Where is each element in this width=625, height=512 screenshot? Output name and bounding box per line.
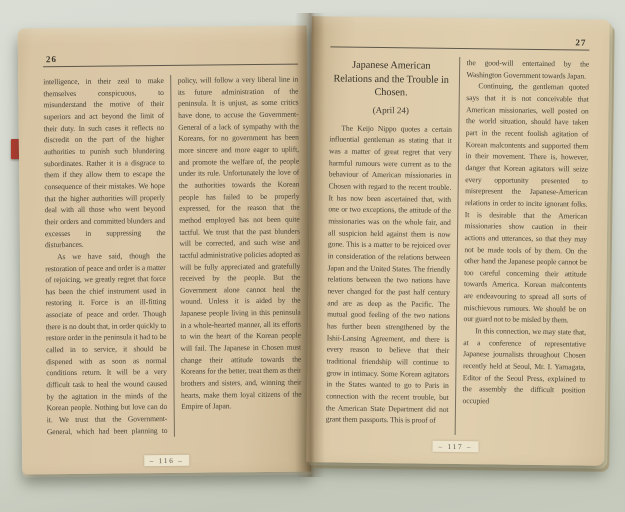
- right-page-columns: Japanese American Relations and the Trou…: [326, 55, 590, 436]
- article-date: (April 24): [330, 104, 453, 115]
- paragraph: As we have said, though the restoration …: [45, 250, 168, 438]
- text-column: Japanese American Relations and the Trou…: [326, 55, 459, 435]
- page-footer-label: – 116 –: [144, 455, 190, 466]
- paragraph: Continuing, the gentleman quoted says th…: [463, 80, 588, 326]
- column-paragraphs: The Keijo Nippo quotes a certain influen…: [326, 122, 452, 427]
- page-number-left: 26: [46, 54, 57, 64]
- left-page-columns: intelligence, in their zeal to make them…: [43, 74, 302, 439]
- column-paragraphs: intelligence, in their zeal to make them…: [43, 75, 167, 438]
- left-page: 26 intelligence, in their zeal to make t…: [18, 25, 312, 474]
- paragraph: In this connection, we may state that, a…: [462, 325, 585, 408]
- photo-background: 26 intelligence, in their zeal to make t…: [0, 0, 625, 512]
- text-column: the good-will entertained by the Washing…: [455, 57, 589, 437]
- text-column: policy, will follow a very liberal line …: [171, 74, 302, 437]
- text-column: intelligence, in their zeal to make them…: [43, 75, 173, 438]
- page-number-right: 27: [575, 37, 586, 47]
- article-title: Japanese American Relations and the Trou…: [332, 58, 451, 100]
- paragraph: policy, will follow a very liberal line …: [178, 74, 302, 413]
- paragraph: intelligence, in their zeal to make them…: [43, 75, 165, 251]
- column-paragraphs: policy, will follow a very liberal line …: [178, 74, 302, 413]
- page-footer-label: – 117 –: [432, 441, 478, 453]
- paragraph: The Keijo Nippo quotes a certain influen…: [326, 122, 452, 427]
- column-paragraphs: the good-will entertained by the Washing…: [462, 57, 589, 408]
- right-page: 27 Japanese American Relations and the T…: [306, 16, 609, 466]
- paragraph: the good-will entertained by the Washing…: [466, 57, 589, 82]
